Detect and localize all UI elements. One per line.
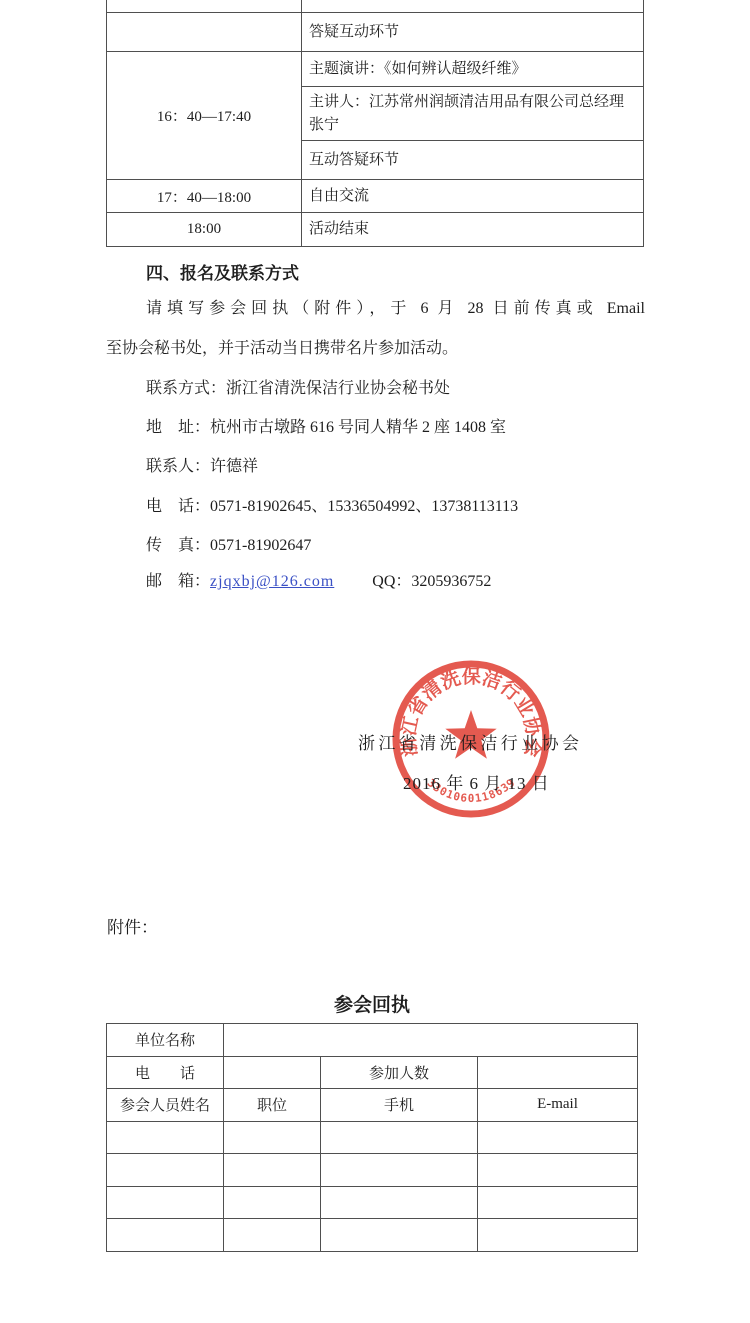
empty-cell [478,1187,638,1220]
empty-cell [478,1219,638,1252]
empty-cell [224,1187,321,1220]
empty-cell [224,1122,321,1155]
empty-cell [321,1154,478,1187]
empty-cell [478,1154,638,1187]
agenda-time-cell-cutoff [107,0,302,13]
col-header-name: 参会人员姓名 [107,1089,224,1122]
empty-cell [321,1219,478,1252]
registration-table: 单位名称 电 话 参加人数 参会人员姓名 职位 手机 E-mail [106,1023,638,1252]
attendees-label: 参加人数 [321,1057,478,1090]
signature-org: 浙江省清洗保洁行业协会 [358,729,582,754]
section-heading: 四、报名及联系方式 [146,259,299,284]
col-header-position: 职位 [224,1089,321,1122]
agenda-content-speaker: 主讲人：江苏常州润颉清洁用品有限公司总经理张宁 [302,87,644,141]
agenda-content-qa-session: 答疑互动环节 [302,13,644,52]
empty-cell [321,1187,478,1220]
empty-cell [107,1122,224,1155]
agenda-table: 答疑互动环节 16：40—17:40 主题演讲：《如何辨认超级纤维》 主讲人：江… [106,0,644,247]
agenda-content-cell-cutoff [302,0,644,13]
contact-line-phone: 电 话：0571-81902645、15336504992、1373811311… [146,496,518,518]
empty-cell [224,1219,321,1252]
empty-cell [321,1122,478,1155]
contact-line-method: 联系方式：浙江省清洗保洁行业协会秘书处 [146,378,450,400]
signature-date: 2016 年 6 月 13 日 [403,769,550,794]
company-name-label: 单位名称 [107,1024,224,1057]
document-page: 答疑互动环节 16：40—17:40 主题演讲：《如何辨认超级纤维》 主讲人：江… [0,0,750,1323]
col-header-email: E-mail [478,1089,638,1122]
agenda-time-cell-empty [107,13,302,52]
agenda-content-qa2: 互动答疑环节 [302,141,644,180]
contact-line-fax: 传 真：0571-81902647 [146,535,311,557]
attendees-field [478,1057,638,1090]
phone-label: 电 话 [107,1057,224,1090]
contact-line-email: 邮 箱：zjqxbj@126.comQQ：3205936752 [146,571,491,593]
agenda-content-end: 活动结束 [302,213,644,247]
empty-cell [478,1122,638,1155]
qq-text: QQ：3205936752 [372,573,491,590]
agenda-content-topic: 主题演讲：《如何辨认超级纤维》 [302,52,644,87]
contact-line-address: 地 址：杭州市古墩路 616 号同人精华 2 座 1408 室 [146,417,506,439]
form-title: 参会回执 [106,990,638,1017]
paragraph-line-1: 请填写参会回执（附件），于 6 月 28 日前传真或 Email [146,298,645,320]
agenda-time-cell-1800: 18:00 [107,213,302,247]
phone-field [224,1057,321,1090]
empty-cell [107,1219,224,1252]
empty-cell [224,1154,321,1187]
paragraph-line-2: 至协会秘书处，并于活动当日携带名片参加活动。 [106,338,458,360]
agenda-time-cell-1740: 17：40—18:00 [107,180,302,213]
empty-cell [107,1154,224,1187]
email-link[interactable]: zjqxbj@126.com [210,573,334,590]
company-name-field [224,1024,638,1057]
agenda-time-cell-1640: 16：40—17:40 [107,52,302,180]
attachment-label: 附件： [107,913,158,938]
empty-cell [107,1187,224,1220]
contact-line-person: 联系人：许德祥 [146,456,258,478]
email-label: 邮 箱： [146,573,210,590]
agenda-content-free-talk: 自由交流 [302,180,644,213]
col-header-mobile: 手机 [321,1089,478,1122]
